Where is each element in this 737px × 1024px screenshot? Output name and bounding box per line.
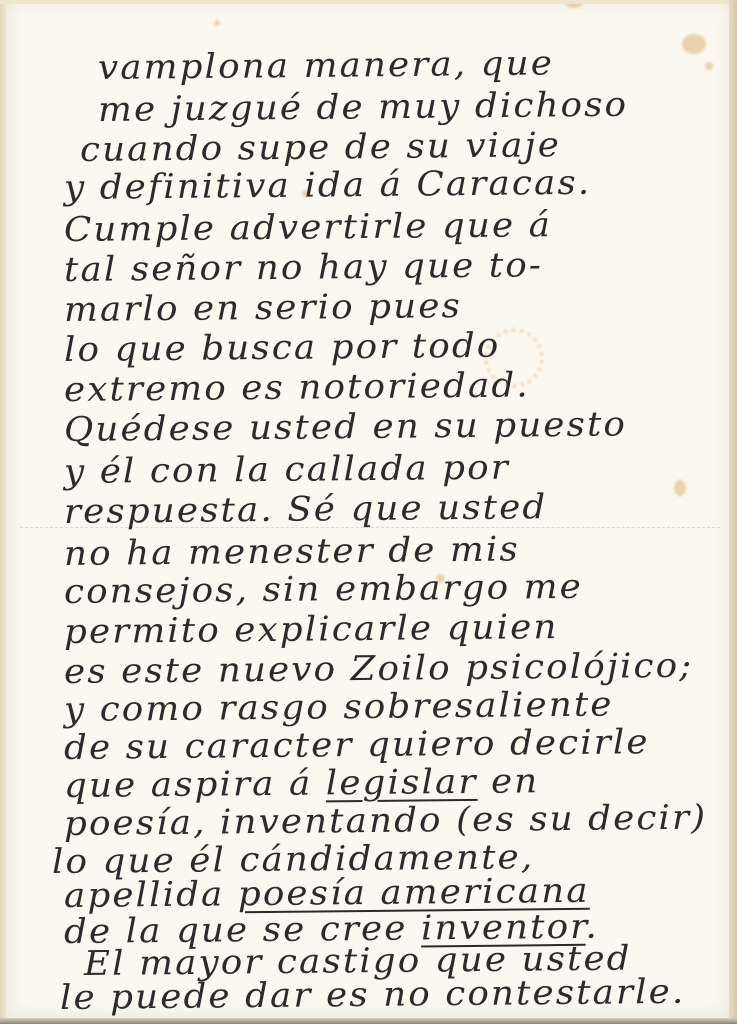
- underlined-word: legislar: [326, 762, 478, 804]
- text-line: le puede dar es no contestarle.: [60, 972, 686, 1018]
- text-line: marlo en serio pues: [64, 286, 462, 330]
- text-line: Cumple advertirle que á: [64, 205, 552, 250]
- text-line: consejos, sin embargo me: [64, 567, 583, 612]
- text-line: respuesta. Sé que usted: [64, 487, 548, 532]
- text-segment: en: [477, 761, 539, 802]
- text-line: tal señor no hay que to-: [64, 245, 543, 290]
- text-line: de su caracter quiero decirle: [64, 722, 650, 768]
- text-line: extremo es notoriedad.: [64, 365, 530, 410]
- text-line: y él con la callada por: [64, 448, 510, 492]
- text-line: y definitiva ida á Caracas.: [64, 163, 592, 208]
- handwritten-text: vamplona manera, que me juzgué de muy di…: [0, 0, 737, 1024]
- text-line: poesía, inventando (es su decir): [64, 798, 708, 844]
- text-segment: que aspira á: [64, 763, 326, 806]
- text-line: me juzgué de muy dichoso: [98, 85, 629, 130]
- text-line: vamplona manera, que: [98, 43, 554, 88]
- text-line: Quédese usted en su puesto: [64, 404, 627, 450]
- text-line: permito explicarle quien: [64, 607, 559, 652]
- text-line: lo que busca por todo: [64, 326, 501, 370]
